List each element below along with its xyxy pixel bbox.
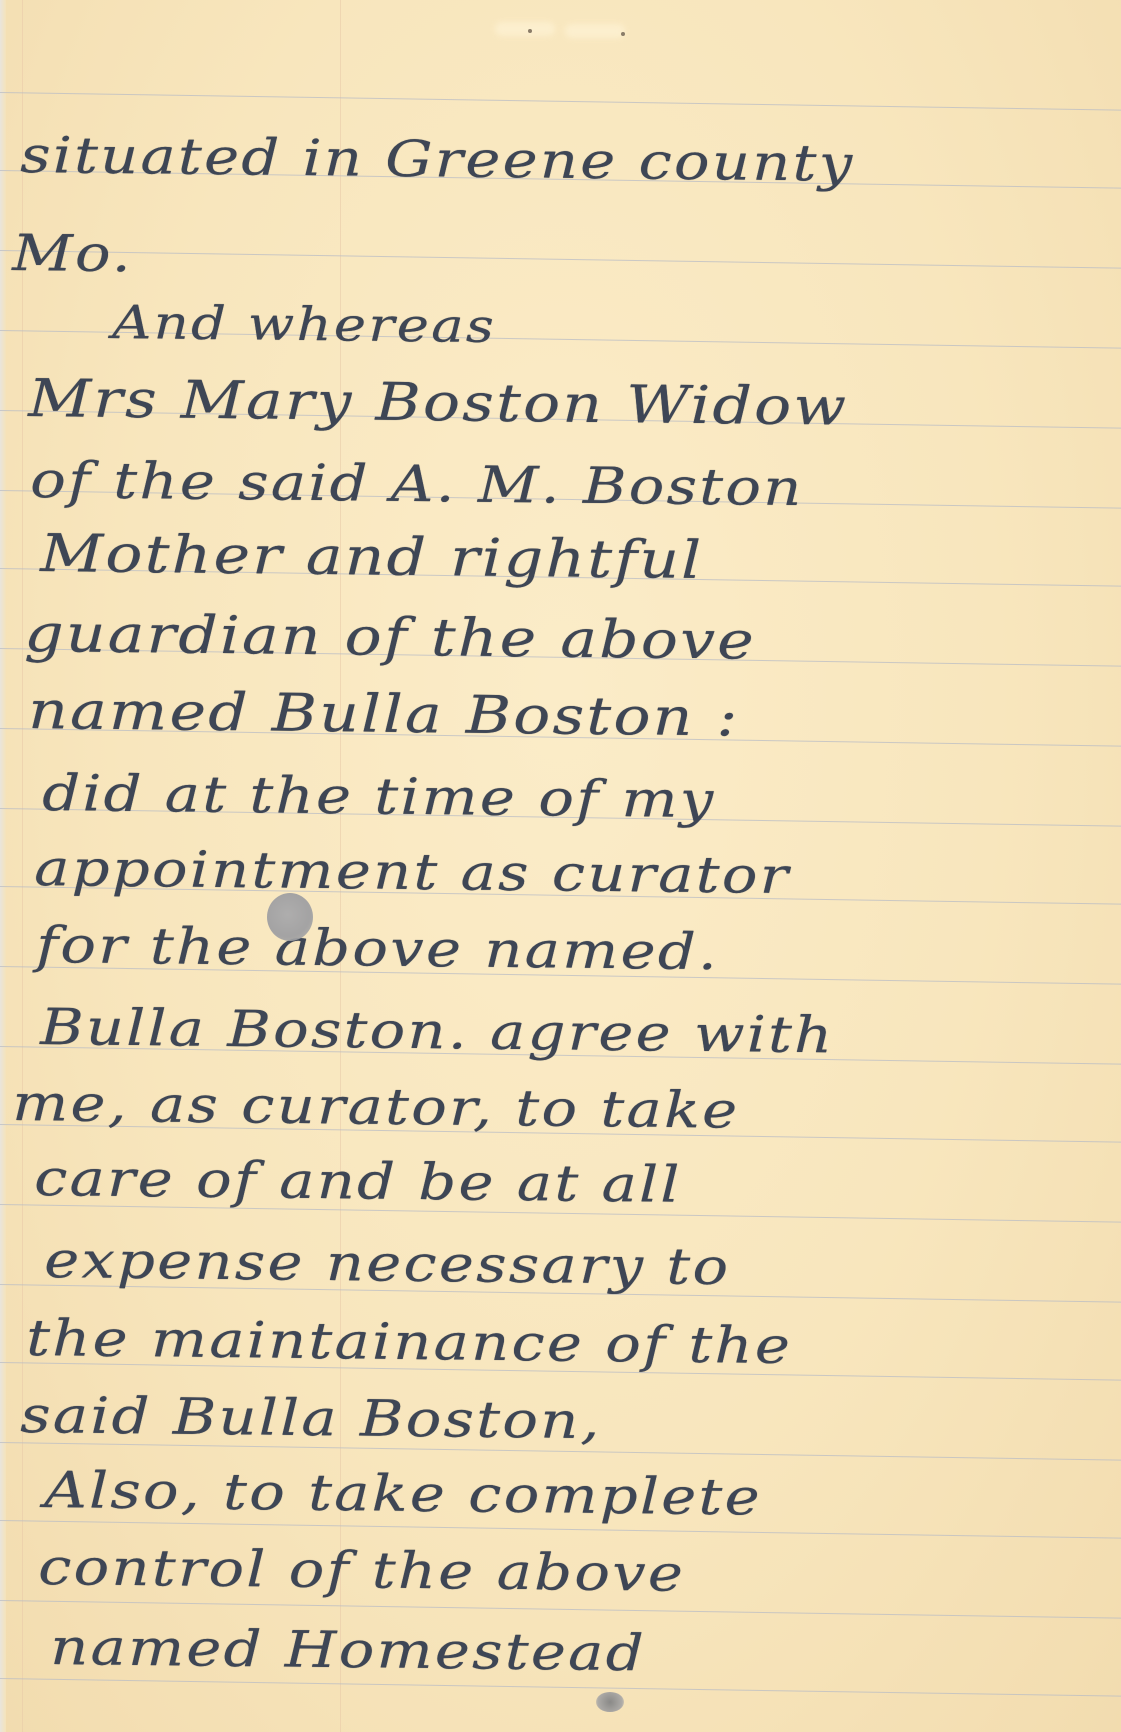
- handwritten-line: And whereas: [112, 299, 496, 349]
- handwritten-line: Mo.: [12, 228, 133, 279]
- handwritten-line: Bulla Boston. agree with: [40, 1002, 835, 1060]
- ruled-line: [0, 1600, 1121, 1619]
- handwritten-line: for the above named.: [36, 920, 719, 977]
- handwritten-line: guardian of the above: [24, 608, 756, 668]
- staple-hole-right: [621, 32, 625, 36]
- handwritten-line: the maintainance of the: [26, 1313, 793, 1371]
- ink-smudge: [596, 1692, 624, 1712]
- handwritten-line: situated in Greene county: [20, 130, 855, 189]
- handwritten-line: named Homestead: [50, 1622, 646, 1678]
- ruled-line: [0, 250, 1121, 269]
- handwritten-line: appointment as curator: [34, 843, 791, 901]
- paper-left-edge: [0, 0, 6, 1732]
- letter-page: situated in Greene countyMo.And whereasM…: [0, 0, 1121, 1732]
- ink-blot: [267, 893, 313, 941]
- handwritten-line: expense necessary to: [44, 1235, 731, 1292]
- handwritten-line: control of the above: [38, 1542, 686, 1599]
- handwritten-line: care of and be at all: [34, 1153, 682, 1210]
- handwritten-line: named Bulla Boston :: [28, 685, 740, 744]
- staple-hole-left: [528, 29, 532, 33]
- handwritten-line: me, as curator, to take: [12, 1078, 740, 1136]
- staple-dent-left: [495, 22, 555, 36]
- handwritten-line: Mother and rightful: [40, 528, 704, 587]
- handwritten-line: did at the time of my: [42, 768, 716, 825]
- handwritten-line: Mrs Mary Boston Widow: [28, 373, 849, 434]
- handwritten-line: of the said A. M. Boston: [30, 455, 804, 513]
- handwritten-line: said Bulla Boston,: [20, 1390, 602, 1446]
- ruled-line: [0, 92, 1121, 111]
- handwritten-line: Also, to take complete: [44, 1465, 762, 1523]
- staple-dent-right: [565, 24, 625, 38]
